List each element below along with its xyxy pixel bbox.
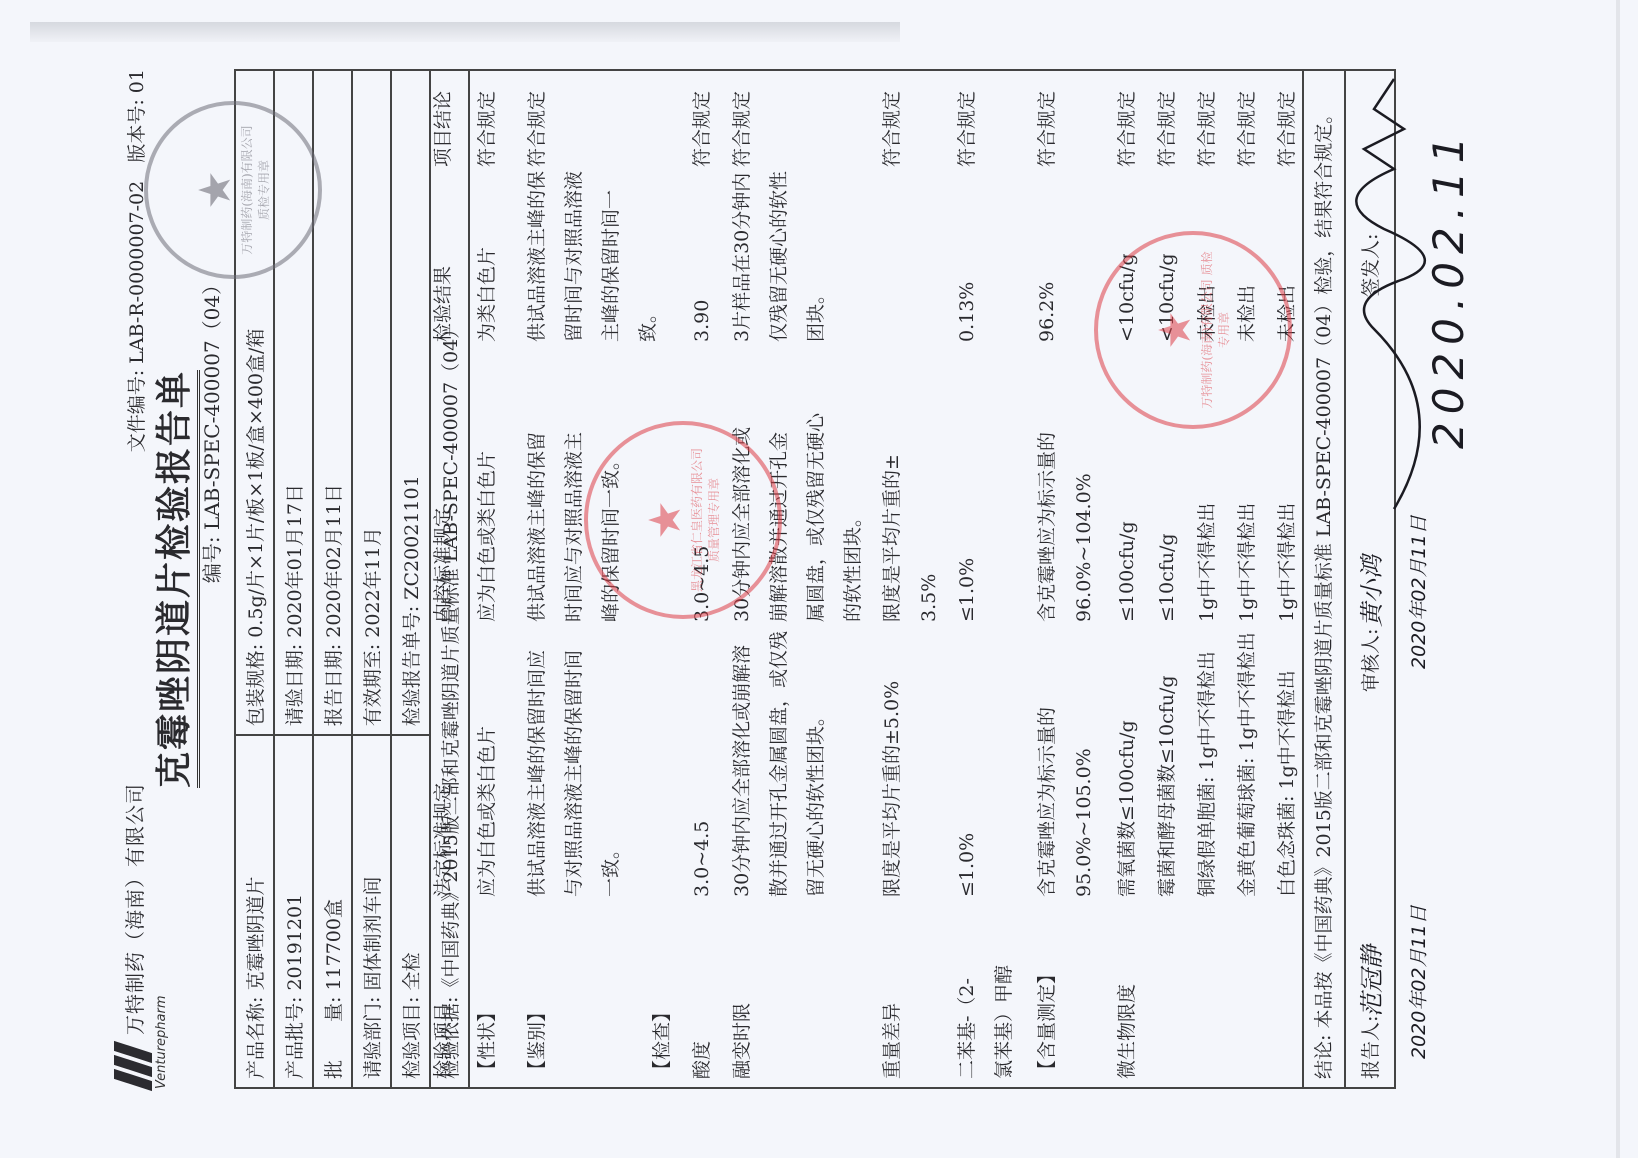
header-conclusion: 项目结论 — [425, 71, 462, 167]
row-legal-standard: 30分钟内应全部溶化或崩解溶 散并通过开孔金属圆盘，或仅残 留无硬心的软性团块。 — [724, 622, 872, 897]
results-header-row: 检验项目 法定标准规定 内控标准规定 检验结果 项目结论 — [425, 71, 462, 1087]
version-value: 01 — [126, 69, 148, 93]
request-date: 请验日期: 2020年01月17日 — [274, 70, 313, 735]
row-conclusion: 符合规定 — [874, 71, 948, 167]
reviewer-date: 2020年02月11日 — [1404, 515, 1431, 669]
row-result — [644, 167, 681, 342]
row-result: 未检出 — [1189, 167, 1226, 342]
row-conclusion: 符合规定 — [949, 71, 1023, 167]
valid-until: 有效期至: 2022年11月 — [352, 70, 391, 735]
scan-edge — [1616, 0, 1620, 1158]
table-row: 【性状】应为白色或类白色片应为白色或类白色片为类白色片符合规定 — [469, 71, 506, 1087]
row-legal-standard: 霉菌和酵母菌数≤10cfu/g — [1149, 622, 1186, 897]
row-internal-standard: 含克霉唑应为标示量的 96.0%~104.0% — [1029, 342, 1103, 622]
row-conclusion: 符合规定 — [684, 71, 721, 167]
issuer-signature-scrawl — [1334, 69, 1474, 529]
table-row: 二苯基-（2- 氯苯基）甲醇≤1.0%≤1.0%0.13%符合规定 — [949, 71, 1023, 1087]
row-legal-standard: 限度是平均片重的±5.0% — [874, 622, 948, 897]
table-row: 【含量测定】含克霉唑应为标示量的 95.0%~105.0%含克霉唑应为标示量的 … — [1029, 71, 1103, 1087]
row-legal-standard: 金黄色葡萄球菌: 1g中不得检出 — [1229, 622, 1266, 897]
row-result — [874, 167, 948, 342]
reporter-date: 2020年02月11日 — [1404, 905, 1431, 1059]
table-row: 酸度3.0~4.53.0~4.53.90符合规定 — [684, 71, 721, 1087]
company-name: 万特制药（海南）有限公司 — [119, 783, 148, 1035]
row-conclusion: 符合规定 — [1029, 71, 1103, 167]
row-internal-standard: 限度是平均片重的± 3.5% — [874, 342, 948, 622]
row-item: 微生物限度 — [1109, 897, 1146, 1087]
header-item: 检验项目 — [425, 897, 462, 1087]
report-header: 万特制药（海南）有限公司 Venturepharm 文件编号: LAB-R-00… — [84, 69, 234, 1089]
row-item: 【含量测定】 — [1029, 897, 1103, 1087]
file-number: 文件编号: LAB-R-0000007-02 版本号: 01 — [122, 69, 149, 452]
row-result: 为类白色片 — [469, 167, 506, 342]
header-internal: 内控标准规定 — [425, 342, 462, 622]
row-legal-standard: 白色念珠菌: 1g中不得检出 — [1269, 622, 1306, 897]
row-internal-standard: 30分钟内应全部溶化或 崩解溶散并通过开孔金 属圆盘，或仅残留无硬心 的软性团块… — [724, 342, 872, 622]
row-item — [1189, 897, 1226, 1087]
table-row: 【检查】 — [644, 71, 681, 1087]
row-internal-standard: ≤1.0% — [949, 342, 1023, 622]
table-row: 铜绿假单胞菌: 1g中不得检出1g中不得检出未检出符合规定 — [1189, 71, 1226, 1087]
row-internal-standard: 1g中不得检出 — [1269, 342, 1306, 622]
row-result: 未检出 — [1269, 167, 1306, 342]
row-internal-standard: ≤100cfu/g — [1109, 342, 1146, 622]
table-row: 金黄色葡萄球菌: 1g中不得检出1g中不得检出未检出符合规定 — [1229, 71, 1266, 1087]
row-conclusion: 符合规定 — [469, 71, 506, 167]
table-row: 霉菌和酵母菌数≤10cfu/g≤10cfu/g<10cfu/g符合规定 — [1149, 71, 1186, 1087]
row-conclusion: 符合规定 — [1109, 71, 1146, 167]
package-spec: 包装规格: 0.5g/片×1片/板×1板/盒×400盒/箱 — [235, 70, 274, 735]
inspection-report-page: 万特制药（海南）有限公司 Venturepharm 文件编号: LAB-R-00… — [84, 69, 1474, 1089]
header-legal: 法定标准规定 — [425, 622, 462, 897]
row-item: 【检查】 — [644, 897, 681, 1087]
row-item: 二苯基-（2- 氯苯基）甲醇 — [949, 897, 1023, 1087]
row-result: <10cfu/g — [1149, 167, 1186, 342]
row-legal-standard: ≤1.0% — [949, 622, 1023, 897]
reviewer-signature: 黄小鸿 — [1352, 555, 1387, 627]
row-conclusion: 符合规定 — [1229, 71, 1266, 167]
row-item — [1269, 897, 1306, 1087]
row-conclusion: 符合规定 — [1149, 71, 1186, 167]
table-row: 重量差异限度是平均片重的±5.0%限度是平均片重的± 3.5%符合规定 — [874, 71, 948, 1087]
row-legal-standard: 铜绿假单胞菌: 1g中不得检出 — [1189, 622, 1226, 897]
row-item: 【性状】 — [469, 897, 506, 1087]
row-result: <10cfu/g — [1109, 167, 1146, 342]
table-row: 融变时限30分钟内应全部溶化或崩解溶 散并通过开孔金属圆盘，或仅残 留无硬心的软… — [724, 71, 872, 1087]
row-conclusion: 符合规定 — [1269, 71, 1306, 167]
scan-artifact — [30, 22, 900, 42]
row-legal-standard — [644, 622, 681, 897]
row-item: 重量差异 — [874, 897, 948, 1087]
row-legal-standard: 需氧菌数≤100cfu/g — [1109, 622, 1146, 897]
report-title: 克霉唑阴道片检验报告单 — [146, 69, 197, 1089]
row-result: 96.2% — [1029, 167, 1103, 342]
row-item — [1229, 897, 1266, 1087]
row-item: 融变时限 — [724, 897, 872, 1087]
row-internal-standard: ≤10cfu/g — [1149, 342, 1186, 622]
row-item: 酸度 — [684, 897, 721, 1087]
row-result: 3.90 — [684, 167, 721, 342]
results-table: 检验项目 法定标准规定 内控标准规定 检验结果 项目结论 【性状】应为白色或类白… — [419, 69, 1304, 1089]
row-internal-standard: 1g中不得检出 — [1189, 342, 1226, 622]
table-row: 白色念珠菌: 1g中不得检出1g中不得检出未检出符合规定 — [1269, 71, 1306, 1087]
row-result: 3片样品在30分钟内 仅残留无硬心的软性 团块。 — [724, 167, 872, 342]
row-conclusion: 符合规定 — [724, 71, 872, 167]
file-no-label: 文件编号: — [126, 370, 148, 452]
report-date: 报告日期: 2020年02月11日 — [313, 70, 352, 735]
batch-quantity: 批 量: 117700盒 — [313, 735, 352, 1088]
row-legal-standard: 含克霉唑应为标示量的 95.0%~105.0% — [1029, 622, 1103, 897]
row-conclusion: 符合规定 — [1189, 71, 1226, 167]
row-internal-standard: 3.0~4.5 — [684, 342, 721, 622]
file-no-value: LAB-R-0000007-02 — [126, 181, 148, 364]
row-internal-standard: 1g中不得检出 — [1229, 342, 1266, 622]
batch-no: 产品批号: 20191201 — [274, 735, 313, 1088]
version-label: 版本号: — [126, 99, 148, 162]
row-legal-standard: 3.0~4.5 — [684, 622, 721, 897]
product-name: 产品名称: 克霉唑阴道片 — [235, 735, 274, 1088]
reporter-signature: 范冠静 — [1352, 945, 1387, 1017]
row-item — [1149, 897, 1186, 1087]
request-department: 请验部门: 固体制剂车间 — [352, 735, 391, 1088]
row-legal-standard: 应为白色或类白色片 — [469, 622, 506, 897]
row-result: 未检出 — [1229, 167, 1266, 342]
header-result: 检验结果 — [425, 167, 462, 342]
table-row: 微生物限度需氧菌数≤100cfu/g≤100cfu/g<10cfu/g符合规定 — [1109, 71, 1146, 1087]
row-conclusion — [644, 71, 681, 167]
row-result: 0.13% — [949, 167, 1023, 342]
row-internal-standard: 应为白色或类白色片 — [469, 342, 506, 622]
reporter-label: 报告人: — [1356, 1016, 1383, 1079]
reviewer-label: 审核人: — [1356, 629, 1383, 692]
row-internal-standard — [644, 342, 681, 622]
spec-number: 编号: LAB-SPEC-400007（04） — [196, 69, 225, 1089]
